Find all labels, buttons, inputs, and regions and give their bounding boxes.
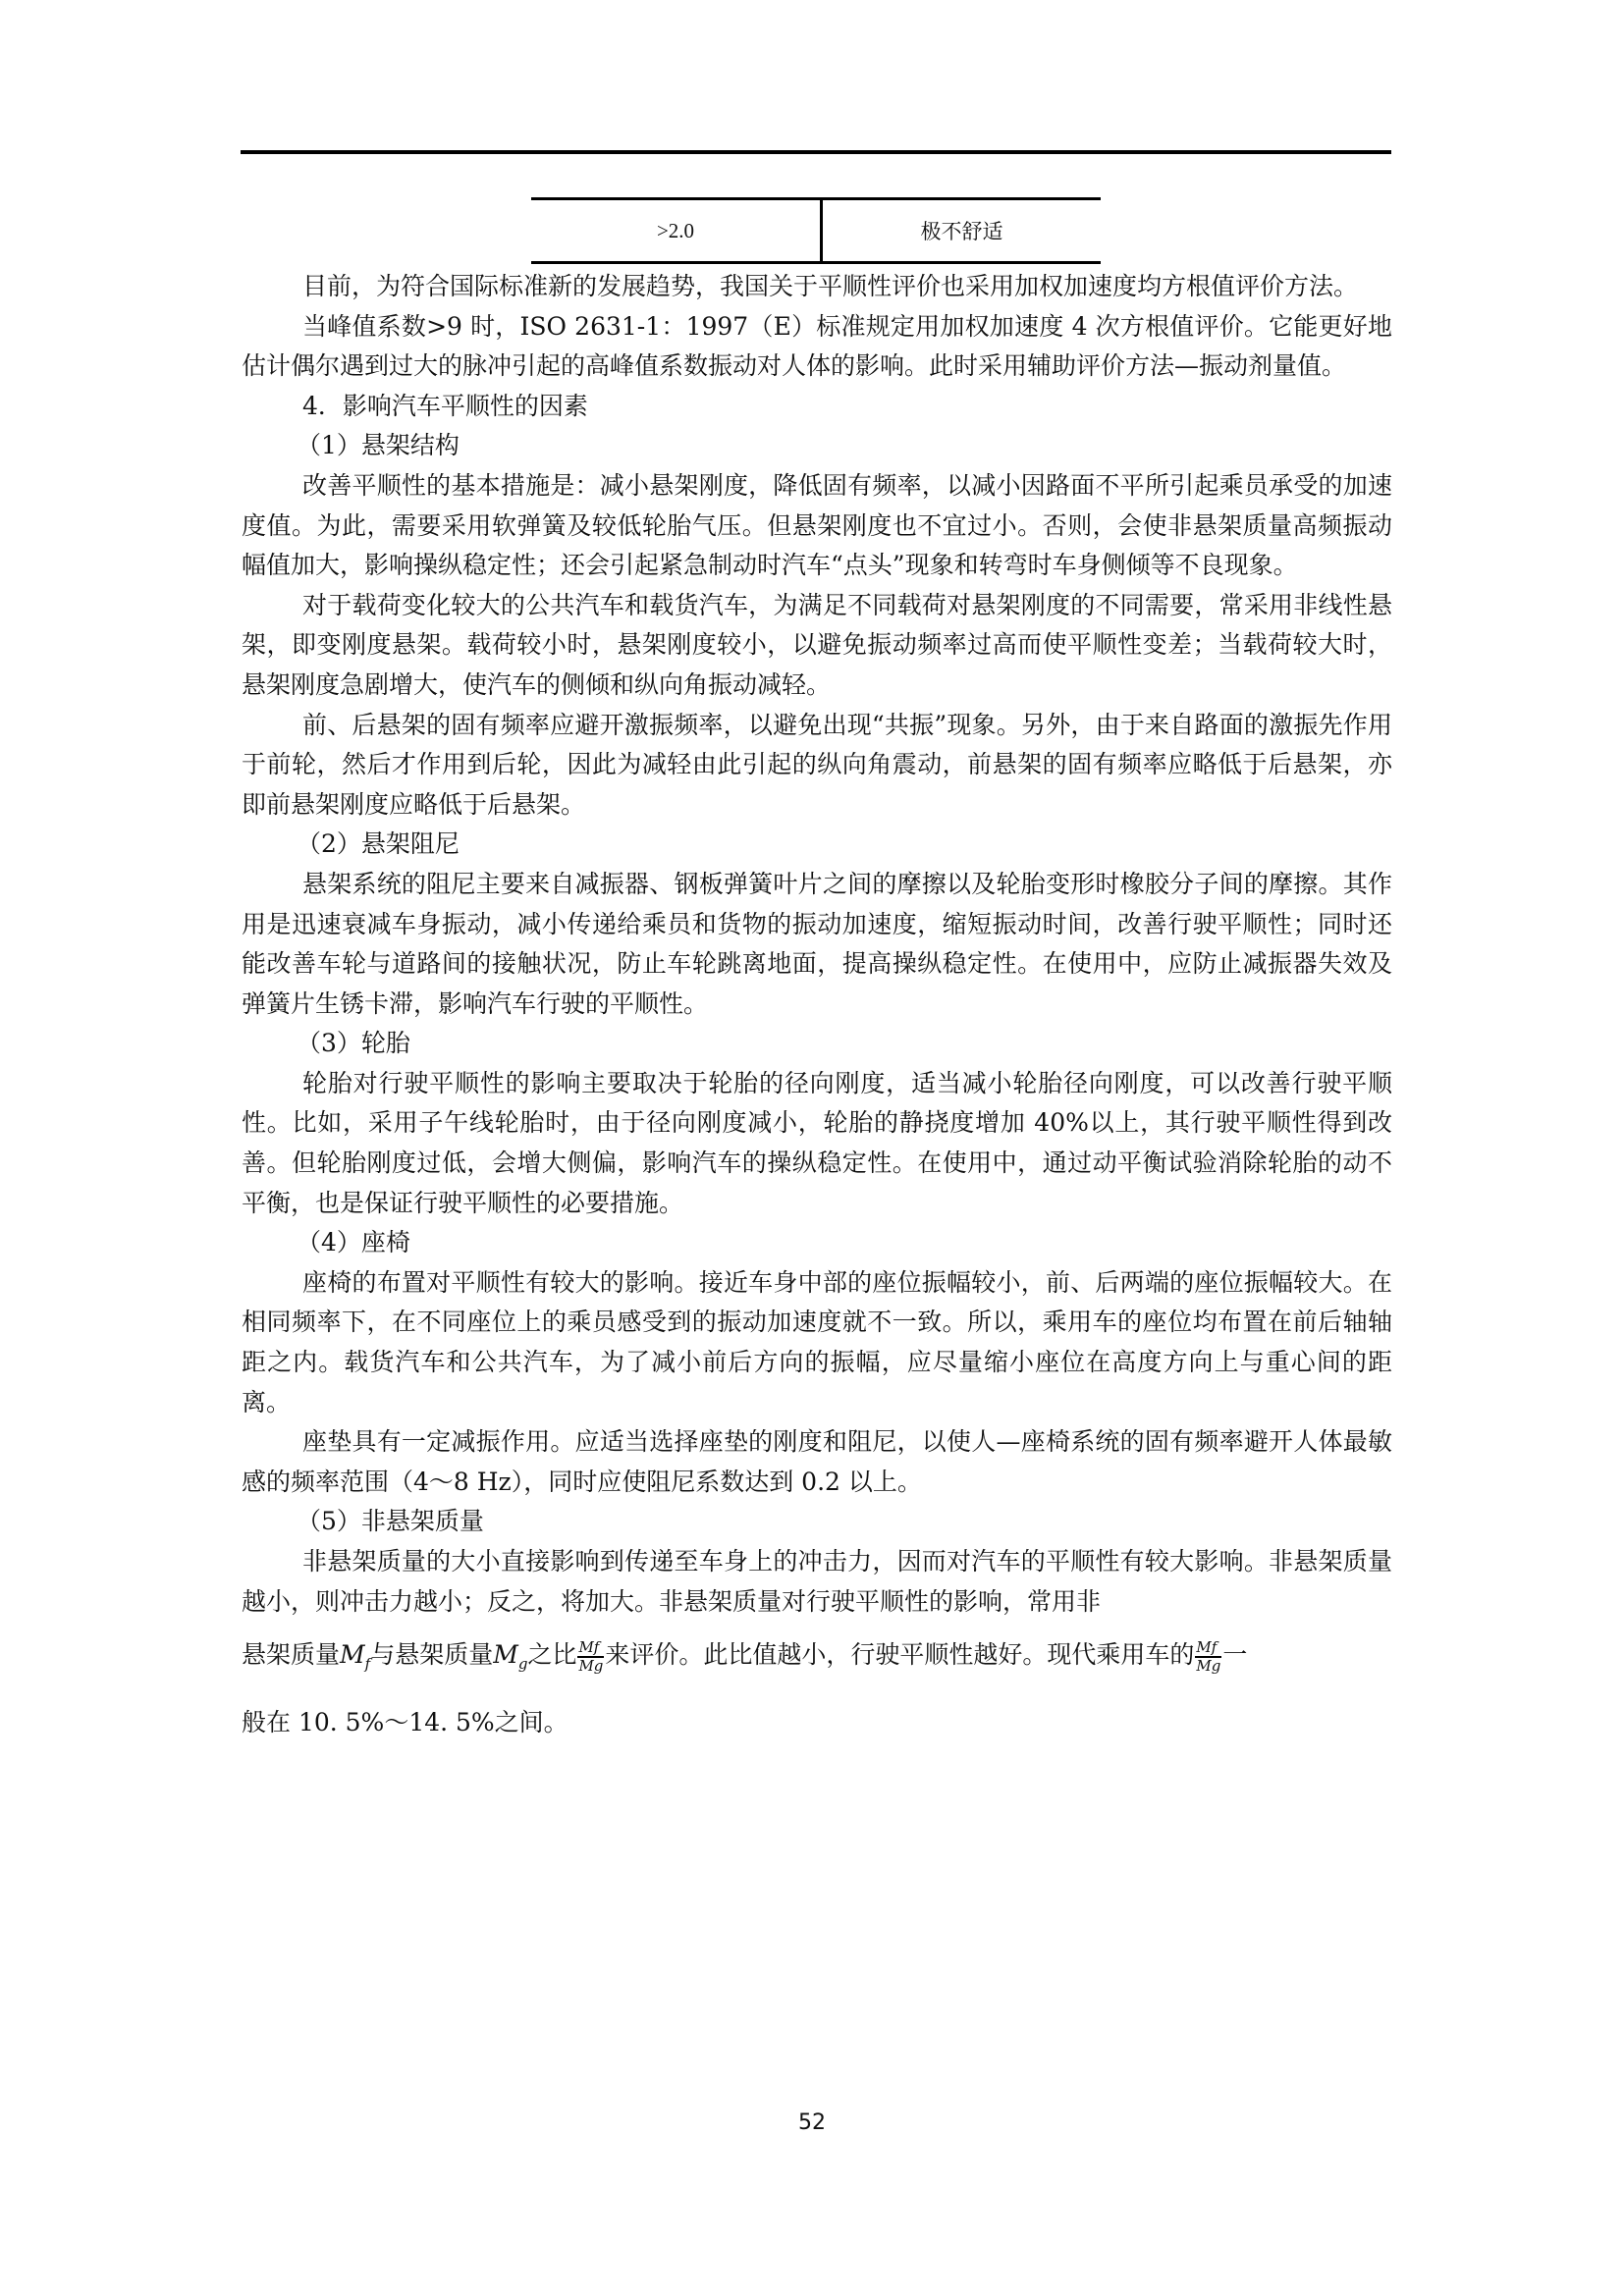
variable-mf: Mf: [340, 1640, 370, 1669]
fraction-denominator: Mg: [1195, 1658, 1221, 1675]
subheading-unsprung-mass: （5）非悬架质量: [242, 1502, 1392, 1542]
variable-symbol: M: [493, 1640, 518, 1669]
paragraph-tires: 轮胎对行驶平顺性的影响主要取决于轮胎的径向刚度，适当减小轮胎径向刚度，可以改善行…: [242, 1064, 1392, 1223]
comfort-table: >2.0 极不舒适: [531, 197, 1101, 264]
variable-subscript: g: [518, 1655, 528, 1673]
paragraph-suspension-structure-2: 对于载荷变化较大的公共汽车和载货汽车，为满足不同载荷对悬架刚度的不同需要，常采用…: [242, 586, 1392, 706]
subheading-suspension-damping: （2）悬架阻尼: [242, 825, 1392, 865]
paragraph-suspension-damping: 悬架系统的阻尼主要来自减振器、钢板弹簧叶片之间的摩擦以及轮胎变形时橡胶分子间的摩…: [242, 865, 1392, 1024]
paragraph-evaluation-method: 目前，为符合国际标准新的发展趋势，我国关于平顺性评价也采用加权加速度均方根值评价…: [242, 267, 1392, 307]
comfort-table-continuation: >2.0 极不舒适: [531, 197, 1101, 264]
paragraph-unsprung-mass-1: 非悬架质量的大小直接影响到传递至车身上的冲击力，因而对汽车的平顺性有较大影响。非…: [242, 1542, 1392, 1622]
table-cell-comfort-level: 极不舒适: [822, 199, 1102, 263]
table-cell-acceleration-value: >2.0: [531, 199, 822, 263]
fraction-mf-over-mg: MfMg: [577, 1639, 604, 1675]
document-body: 目前，为符合国际标准新的发展趋势，我国关于平顺性评价也采用加权加速度均方根值评价…: [242, 267, 1392, 1743]
paragraph-suspension-structure-3: 前、后悬架的固有频率应避开激振频率，以避免出现“共振”现象。另外，由于来自路面的…: [242, 706, 1392, 826]
paragraph-seats-2: 座垫具有一定减振作用。应适当选择座垫的刚度和阻尼，以使人—座椅系统的固有频率避开…: [242, 1422, 1392, 1502]
fraction-numerator: Mf: [1195, 1639, 1221, 1658]
paragraph-peak-factor: 当峰值系数>9 时，ISO 2631-1：1997（E）标准规定用加权加速度 4…: [242, 307, 1392, 387]
header-rule: [241, 150, 1391, 154]
table-row: >2.0 极不舒适: [531, 199, 1101, 263]
paragraph-unsprung-mass-formula: 悬架质量Mf与悬架质量Mg之比MfMg来评价。此比值越小，行驶平顺性越好。现代乘…: [242, 1622, 1392, 1697]
text-segment: 来评价。此比值越小，行驶平顺性越好。现代乘用车的: [605, 1640, 1194, 1669]
paragraph-seats-1: 座椅的布置对平顺性有较大的影响。接近车身中部的座位振幅较小，前、后两端的座位振幅…: [242, 1263, 1392, 1422]
text-segment: 悬架质量: [242, 1640, 340, 1669]
subheading-tires: （3）轮胎: [242, 1024, 1392, 1064]
text-segment: 一: [1222, 1640, 1247, 1669]
subheading-seats: （4）座椅: [242, 1223, 1392, 1263]
paragraph-unsprung-mass-range: 般在 10. 5%～14. 5%之间。: [242, 1703, 1392, 1743]
paragraph-suspension-structure-1: 改善平顺性的基本措施是：减小悬架刚度，降低固有频率，以减小因路面不平所引起乘员承…: [242, 466, 1392, 586]
fraction-numerator: Mf: [577, 1639, 604, 1658]
variable-symbol: M: [340, 1640, 365, 1669]
page-number: 52: [0, 2110, 1624, 2135]
text-segment: 之比: [527, 1640, 576, 1669]
fraction-mf-over-mg: MfMg: [1195, 1639, 1221, 1675]
fraction-denominator: Mg: [577, 1658, 604, 1675]
section-heading-factors: 4．影响汽车平顺性的因素: [242, 387, 1392, 427]
variable-mg: Mg: [493, 1640, 527, 1669]
subheading-suspension-structure: （1）悬架结构: [242, 426, 1392, 466]
text-segment: 与悬架质量: [370, 1640, 493, 1669]
